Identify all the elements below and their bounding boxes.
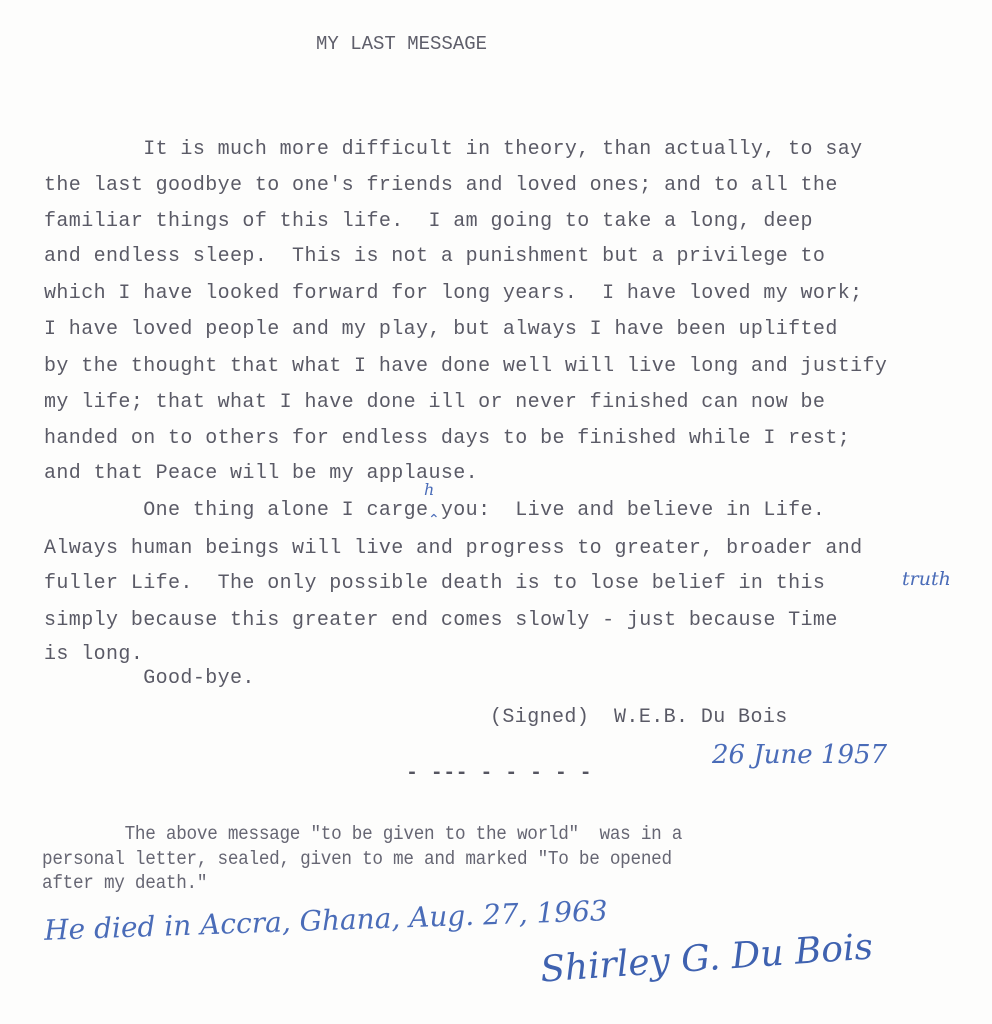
handwritten-insert-truth: truth: [902, 568, 951, 590]
body-line: I have loved people and my play, but alw…: [44, 318, 838, 341]
footnote-line: The above message "to be given to the wo…: [42, 823, 682, 845]
body-line: Good-bye.: [44, 667, 255, 690]
handwritten-death-note: He died in Accra, Ghana, Aug. 27, 1963: [44, 894, 609, 947]
body-line: my life; that what I have done ill or ne…: [44, 391, 825, 414]
body-line: and endless sleep. This is not a punishm…: [44, 245, 825, 268]
body-line: Always human beings will live and progre…: [44, 537, 863, 560]
caret-mark-icon: ⌃: [428, 512, 440, 528]
handwritten-date: 26 June 1957: [712, 740, 887, 770]
signature-line: (Signed) W.E.B. Du Bois: [490, 706, 788, 729]
body-line: simply because this greater end comes sl…: [44, 609, 838, 632]
footnote-line: after my death.": [42, 872, 207, 894]
body-line: familiar things of this life. I am going…: [44, 210, 813, 233]
footnote-line: personal letter, sealed, given to me and…: [42, 848, 672, 870]
body-line: is long.: [44, 643, 143, 666]
body-line: by the thought that what I have done wel…: [44, 355, 887, 378]
body-line: which I have looked forward for long yea…: [44, 282, 863, 305]
body-line: the last goodbye to one's friends and lo…: [44, 174, 838, 197]
body-line: fuller Life. The only possible death is …: [44, 572, 825, 595]
body-line: It is much more difficult in theory, tha…: [44, 138, 863, 161]
body-line: and that Peace will be my applause.: [44, 462, 478, 485]
separator-dashes: - --- - - - - -: [406, 762, 592, 785]
document-title: MY LAST MESSAGE: [316, 33, 487, 55]
body-line: handed on to others for endless days to …: [44, 427, 850, 450]
handwritten-signature: Shirley G. Du Bois: [539, 926, 874, 990]
handwritten-insert-h: h: [424, 480, 434, 499]
